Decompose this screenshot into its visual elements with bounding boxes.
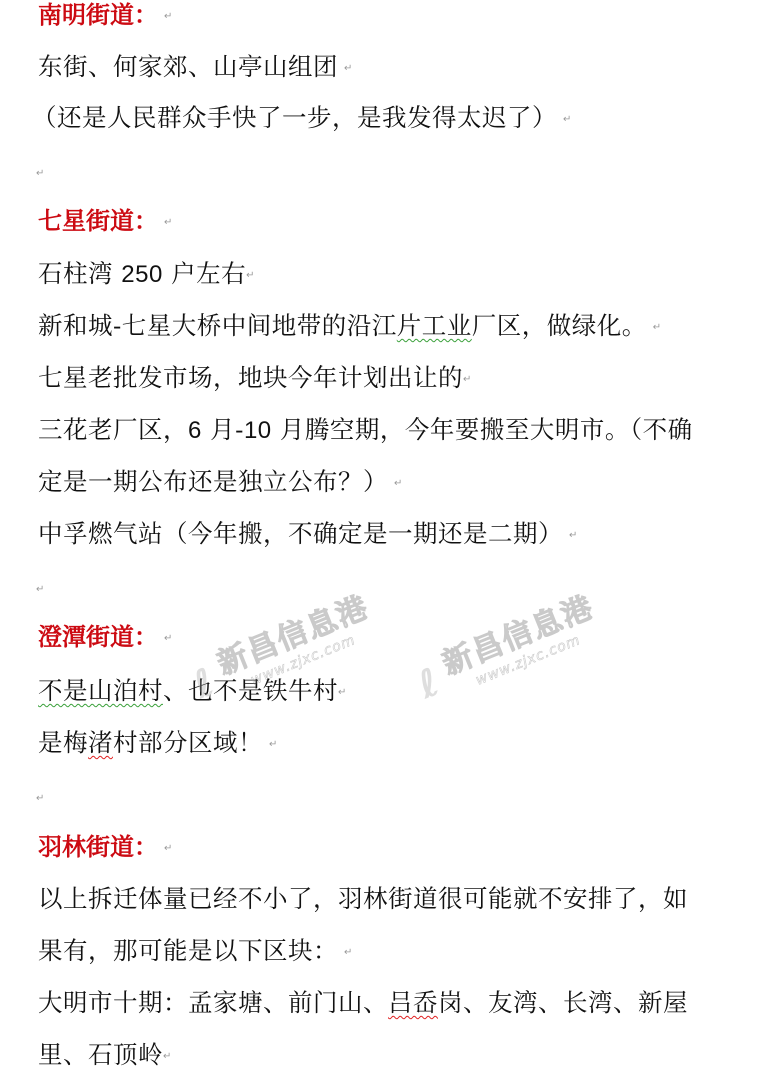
line-text: 村部分区域！ (113, 728, 263, 757)
text-line: 果有，那可能是以下区块：↵ (38, 936, 353, 968)
line-text: 定是一期公布还是独立公布？） (38, 467, 388, 496)
line-text: 、也不是铁牛村 (163, 676, 338, 705)
watermark-logo-icon: ℓ (412, 660, 445, 708)
line-text: 石柱湾 (38, 259, 121, 288)
line-text: 里、石顶岭 (38, 1040, 163, 1069)
month-start: 6 (188, 417, 202, 444)
watermark-url: www.zjxc.com (451, 623, 605, 698)
heading-text: 羽林街道： (38, 832, 158, 861)
document-page: 南明街道：↵ 东街、何家郊、山亭山组团↵ （还是人民群众手快了一步，是我发得太迟… (0, 0, 763, 1088)
heading-text: 澄潭街道： (38, 622, 158, 651)
line-text: （还是人民群众手快了一步，是我发得太迟了） (32, 103, 557, 132)
paragraph-mark-icon: ↵ (563, 105, 572, 135)
text-line: 东街、何家郊、山亭山组团↵ (38, 52, 353, 84)
text-line: 七星老批发市场，地块今年计划出让的↵ (38, 363, 472, 395)
heading-text: 七星街道： (38, 206, 158, 235)
watermark-title: 新昌信息港 (435, 582, 600, 683)
line-text: 厂区，做绿化。 (472, 311, 647, 340)
line-text: 七星老批发市场，地块今年计划出让的 (38, 363, 463, 392)
line-text: 户左右 (163, 259, 246, 288)
text-line: 三花老厂区，6 月-10 月腾空期，今年要搬至大明市。（不确 (38, 415, 693, 446)
text-line: 是梅渚村部分区域！↵ (38, 728, 278, 760)
paragraph-mark-icon: ↵ (36, 584, 44, 595)
line-text: 是梅 (38, 728, 88, 757)
household-count: 250 (121, 261, 163, 288)
line-text: 大明市十期：孟家塘、前门山、 (38, 988, 388, 1017)
spelling-flagged-text: 渚 (88, 728, 113, 757)
paragraph-mark-icon: ↵ (338, 678, 347, 708)
paragraph-mark-icon: ↵ (344, 938, 353, 968)
paragraph-mark-icon: ↵ (569, 521, 578, 551)
line-text: 东街、何家郊、山亭山组团 (38, 52, 338, 81)
line-text: 月腾空期，今年要搬至大明市。（不确 (272, 415, 693, 444)
line-text: 月- (202, 415, 244, 444)
text-line: 中孚燃气站（今年搬，不确定是一期还是二期）↵ (38, 519, 578, 551)
paragraph-mark-icon: ↵ (344, 54, 353, 84)
watermark: ℓ 新昌信息港 www.zjxc.com (435, 582, 606, 698)
watermark-title: 新昌信息港 (210, 582, 375, 683)
section-heading-qixing: 七星街道：↵ (38, 206, 172, 238)
text-line: 石柱湾 250 户左右↵ (38, 259, 255, 291)
paragraph-mark-icon: ↵ (36, 793, 44, 804)
paragraph-mark-icon: ↵ (269, 730, 278, 760)
line-text: 三花老厂区， (38, 415, 188, 444)
grammar-flagged-text: 片工业 (397, 311, 472, 340)
grammar-flagged-text: 不是山泊村 (38, 676, 163, 705)
paragraph-mark-icon: ↵ (463, 365, 472, 395)
text-line: 以上拆迁体量已经不小了，羽林街道很可能就不安排了，如 (38, 884, 688, 914)
section-heading-yulin: 羽林街道：↵ (38, 832, 172, 864)
line-text: 以上拆迁体量已经不小了，羽林街道很可能就不安排了，如 (38, 884, 688, 913)
section-heading-nanming: 南明街道：↵ (38, 0, 172, 32)
paragraph-mark-icon: ↵ (246, 261, 255, 291)
paragraph-mark-icon: ↵ (164, 624, 172, 654)
paragraph-mark-icon: ↵ (653, 313, 662, 343)
paragraph-mark-icon: ↵ (164, 2, 172, 32)
text-line: 里、石顶岭↵ (38, 1040, 172, 1072)
paragraph-mark-icon: ↵ (163, 1042, 172, 1072)
month-end: 10 (244, 417, 272, 444)
text-line: 不是山泊村、也不是铁牛村↵ (38, 676, 347, 708)
paragraph-mark-icon: ↵ (394, 469, 403, 499)
line-text: 果有，那可能是以下区块： (38, 936, 338, 965)
paragraph-mark-icon: ↵ (164, 208, 172, 238)
text-line: 新和城-七星大桥中间地带的沿江片工业厂区，做绿化。↵ (38, 311, 662, 343)
text-line: 定是一期公布还是独立公布？）↵ (38, 467, 403, 499)
text-line: （还是人民群众手快了一步，是我发得太迟了）↵ (32, 103, 572, 135)
section-heading-chengtan: 澄潭街道：↵ (38, 622, 172, 654)
paragraph-mark-icon: ↵ (36, 168, 44, 179)
paragraph-mark-icon: ↵ (164, 834, 172, 864)
heading-text: 南明街道： (38, 0, 158, 29)
spelling-flagged-text: 吕岙 (388, 988, 438, 1017)
line-text: 中孚燃气站（今年搬，不确定是一期还是二期） (38, 519, 563, 548)
text-line: 大明市十期：孟家塘、前门山、吕岙岗、友湾、长湾、新屋 (38, 988, 688, 1018)
line-text: 岗、友湾、长湾、新屋 (438, 988, 688, 1017)
line-text: 新和城-七星大桥中间地带的沿江 (38, 311, 397, 340)
